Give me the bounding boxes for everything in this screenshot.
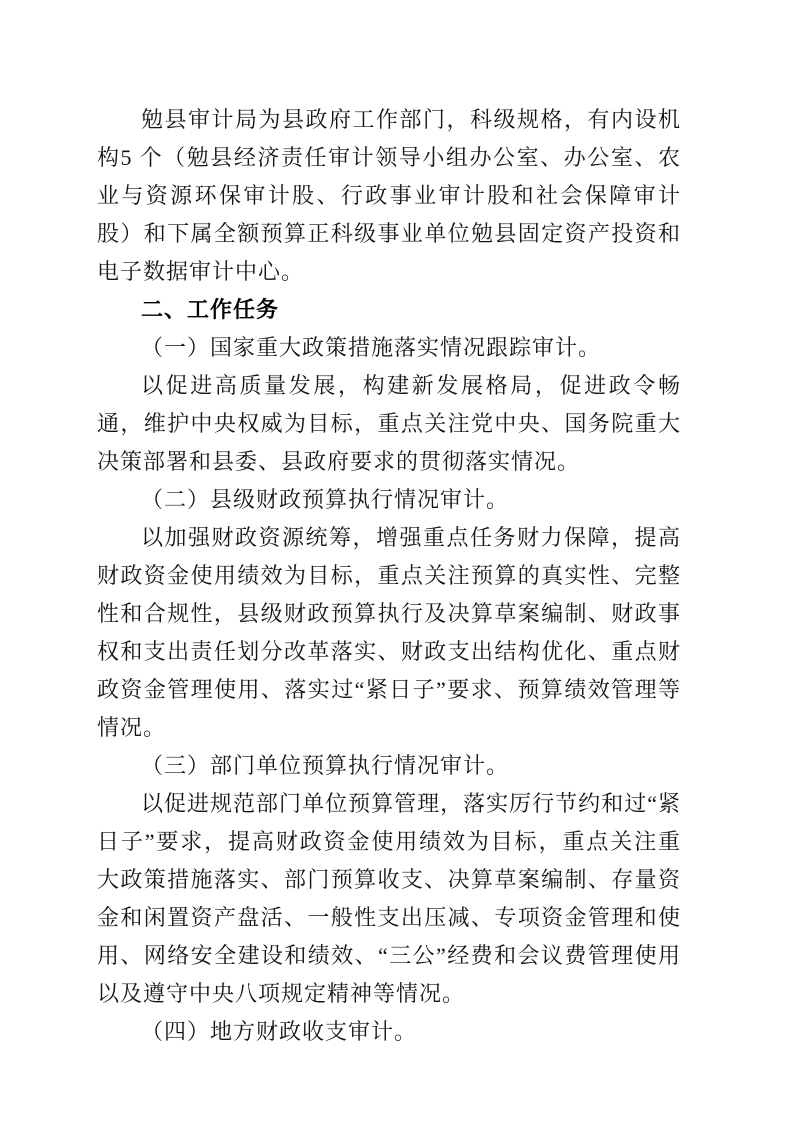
paragraph-policy-tracking-audit: 以促进高质量发展，构建新发展格局，促进政令畅通，维护中央权威为目标，重点关注党中… xyxy=(97,367,681,481)
item-title-3-department-budget-audit: （三）部门单位预算执行情况审计。 xyxy=(97,747,681,785)
document-body: 勉县审计局为县政府工作部门，科级规格，有内设机构5 个（勉县经济责任审计领导小组… xyxy=(97,101,681,1051)
section-heading-work-tasks: 二、工作任务 xyxy=(97,291,681,329)
item-title-2-county-budget-audit: （二）县级财政预算执行情况审计。 xyxy=(97,481,681,519)
item-title-4-local-fiscal-audit: （四）地方财政收支审计。 xyxy=(97,1013,681,1051)
item-title-1-policy-tracking-audit: （一）国家重大政策措施落实情况跟踪审计。 xyxy=(97,329,681,367)
document-page: 勉县审计局为县政府工作部门，科级规格，有内设机构5 个（勉县经济责任审计领导小组… xyxy=(0,0,793,1122)
paragraph-organization-overview: 勉县审计局为县政府工作部门，科级规格，有内设机构5 个（勉县经济责任审计领导小组… xyxy=(97,101,681,291)
paragraph-county-budget-audit: 以加强财政资源统筹，增强重点任务财力保障，提高财政资金使用绩效为目标，重点关注预… xyxy=(97,519,681,747)
paragraph-department-budget-audit: 以促进规范部门单位预算管理，落实厉行节约和过“紧日子”要求，提高财政资金使用绩效… xyxy=(97,785,681,1013)
